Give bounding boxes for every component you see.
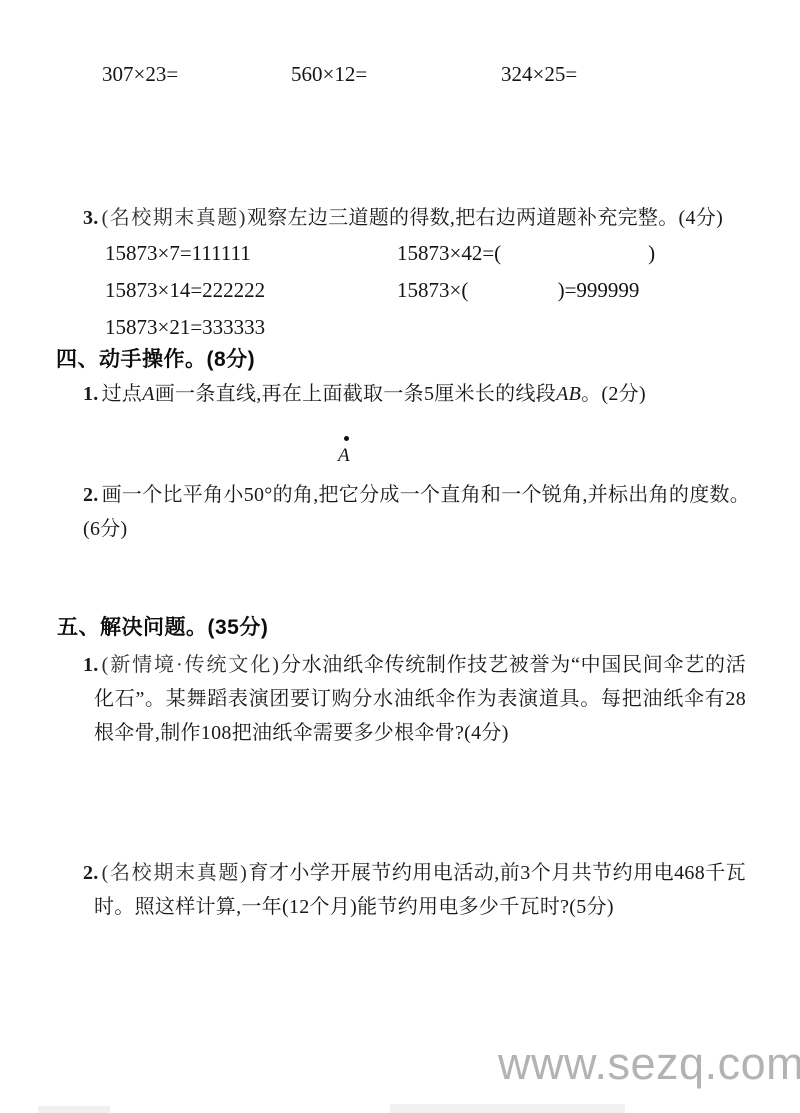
section-5-question-1-number: 1. bbox=[83, 654, 102, 676]
question-3-right-column: 15873×42=( ) 15873×( )=999999 bbox=[397, 241, 655, 303]
section-4-question-2-number: 2. bbox=[83, 484, 102, 506]
section-4-question-1: 1.过点A画一条直线,再在上面截取一条5厘米长的线段AB。(2分) bbox=[83, 377, 763, 411]
segment-ab-reference: AB bbox=[556, 383, 581, 405]
point-a-reference: A bbox=[142, 383, 155, 405]
scan-edge-artifact bbox=[38, 1106, 110, 1113]
section-4-question-2-text: 画一个比平角小50°的角,把它分成一个直角和一个锐角,并标出角的度数。(6分) bbox=[83, 484, 750, 540]
section-5-question-2: 2.(名校期末真题)育才小学开展节约用电活动,前3个月共节约用电468千瓦时。照… bbox=[94, 856, 746, 924]
section-5-question-2-number: 2. bbox=[83, 862, 102, 884]
question-3-source: (名校期末真题) bbox=[102, 207, 247, 229]
oral-calc-row: 307×23= 560×12= 324×25= bbox=[0, 62, 800, 92]
question-3: 3.(名校期末真题)观察左边三道题的得数,把右边两道题补充完整。(4分) bbox=[83, 201, 743, 235]
site-watermark: www.sezq.com bbox=[498, 1038, 800, 1090]
scan-edge-artifact bbox=[390, 1104, 625, 1113]
question-3-number: 3. bbox=[83, 207, 102, 229]
question-text-part: 画一条直线,再在上面截取一条5厘米长的线段 bbox=[155, 383, 556, 405]
question-text-part: 过点 bbox=[102, 383, 143, 405]
section-4-question-2: 2.画一个比平角小50°的角,把它分成一个直角和一个锐角,并标出角的度数。(6分… bbox=[83, 478, 763, 546]
oral-calc-item-2: 560×12= bbox=[291, 62, 367, 87]
point-a-label: A bbox=[338, 445, 350, 467]
equation-blank: 15873×42=( ) bbox=[397, 241, 655, 266]
oral-calc-item-1: 307×23= bbox=[102, 62, 178, 87]
equation: 15873×7=111111 bbox=[105, 241, 265, 266]
equation: 15873×14=222222 bbox=[105, 278, 265, 303]
point-a-dot bbox=[344, 436, 349, 441]
question-3-stem: 3.(名校期末真题)观察左边三道题的得数,把右边两道题补充完整。(4分) bbox=[83, 201, 743, 235]
section-4-question-1-number: 1. bbox=[83, 383, 102, 405]
exam-paper-page: { "oral": { "items": ["307×23=", "560×12… bbox=[0, 0, 800, 1113]
question-3-text: 观察左边三道题的得数,把右边两道题补充完整。(4分) bbox=[247, 207, 723, 229]
equation-blank: 15873×( )=999999 bbox=[397, 278, 655, 303]
section-5-question-1: 1.(新情境·传统文化)分水油纸伞传统制作技艺被誉为“中国民间伞艺的活化石”。某… bbox=[94, 648, 746, 750]
question-text-part: 。(2分) bbox=[581, 383, 646, 405]
section-5-heading: 五、解决问题。(35分) bbox=[57, 611, 268, 641]
question-3-left-column: 15873×7=111111 15873×14=222222 15873×21=… bbox=[105, 241, 265, 340]
section-4-heading: 四、动手操作。(8分) bbox=[56, 343, 255, 373]
oral-calc-item-3: 324×25= bbox=[501, 62, 577, 87]
equation: 15873×21=333333 bbox=[105, 315, 265, 340]
section-5-question-1-source: (新情境·传统文化) bbox=[102, 654, 281, 676]
section-5-question-2-source: (名校期末真题) bbox=[102, 862, 249, 884]
